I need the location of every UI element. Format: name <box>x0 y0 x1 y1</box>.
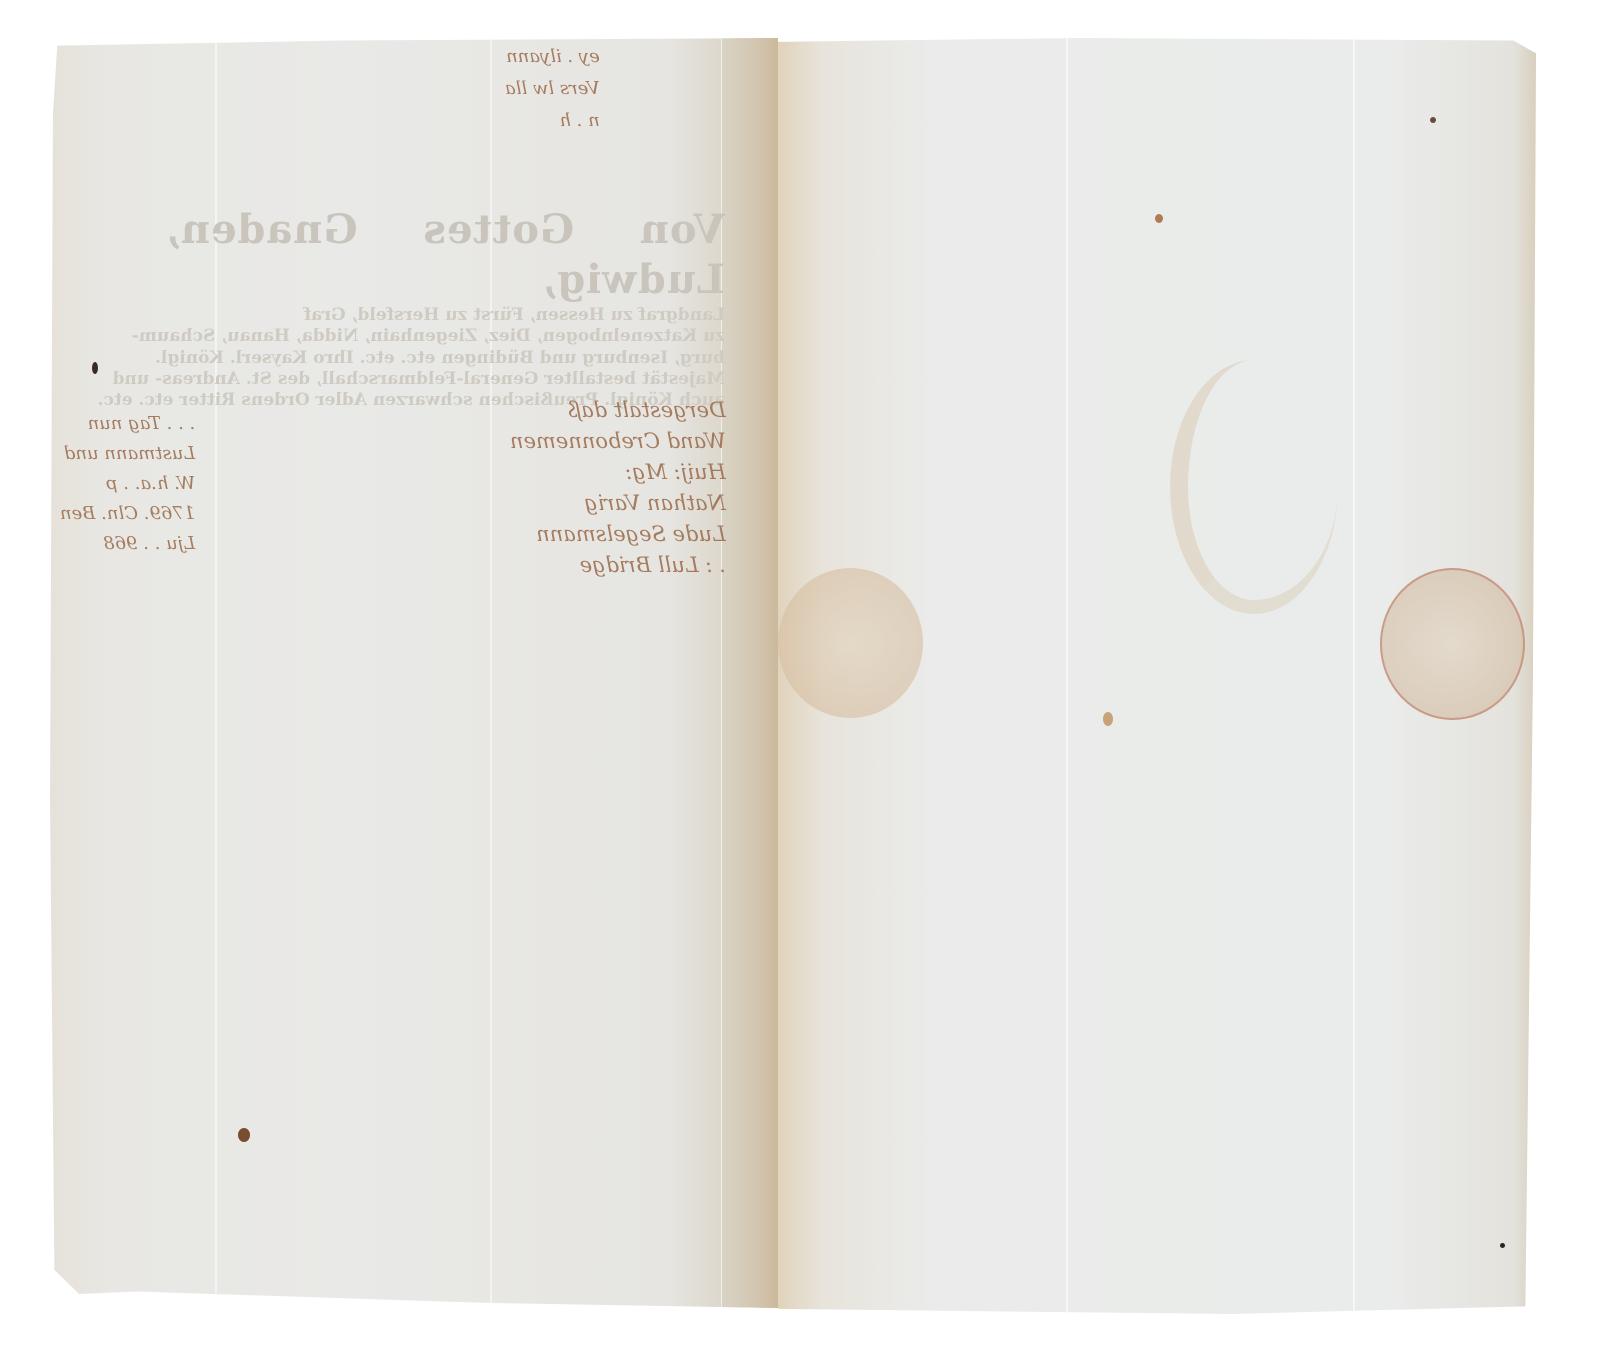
seal-stain-right <box>1380 568 1525 720</box>
heading-line: Landgraf zu Hessen, Fürst zu Hersfeld, G… <box>165 305 725 326</box>
handwriting-line: Lju . . 968 <box>60 535 195 553</box>
heading-line: Majestät bestallter General-Feldmarschal… <box>165 369 725 390</box>
ink-spot <box>1103 712 1113 726</box>
center-fold-flap <box>721 38 778 1308</box>
handwriting-line: Dergestalt daß <box>510 400 726 421</box>
seal-stain-left <box>778 568 923 718</box>
heading-title: Von Gottes Gnaden, Ludwig, <box>165 205 725 305</box>
tide-mark-stain <box>1170 360 1338 614</box>
handwriting-line: W. h.a. . p <box>60 475 195 493</box>
heading-line: zu Katzenelnbogen, Diez, Ziegenhain, Nid… <box>165 326 725 347</box>
heading-line: burg, Isenburg und Büdingen etc. etc. Ih… <box>165 348 725 369</box>
ink-spot <box>1155 214 1163 223</box>
handwriting-line: . : Lull Bridge <box>510 555 726 576</box>
handwriting-main-block: Dergestalt daß Wand Crebonnemen Huij: Mg… <box>510 400 726 586</box>
vertical-fold-line <box>1066 38 1068 1314</box>
handwriting-line: Huij: Mg: <box>510 462 726 483</box>
handwriting-line: ey . ilyann <box>505 48 600 66</box>
ink-spot <box>92 362 98 374</box>
handwriting-line: Lude Segelsmann <box>510 524 726 545</box>
mirrored-printed-heading: Von Gottes Gnaden, Ludwig, Landgraf zu H… <box>165 205 725 411</box>
handwriting-line: n . h <box>505 112 600 130</box>
vertical-fold-line <box>1353 38 1355 1314</box>
ink-spot <box>238 1128 250 1142</box>
handwriting-line: Lustmann und <box>60 445 195 463</box>
handwriting-line: Wand Crebonnemen <box>510 431 726 452</box>
handwriting-line: . . . Tag nun <box>60 415 195 433</box>
ink-spot <box>1500 1243 1505 1248</box>
handwriting-line: 1769. Cln. Ben <box>60 505 195 523</box>
ink-spot <box>1430 117 1436 123</box>
handwriting-line: Vers lw lla <box>505 80 600 98</box>
handwriting-line: Nathan Varig <box>510 493 726 514</box>
handwriting-left-margin: . . . Tag nun Lustmann und W. h.a. . p 1… <box>60 415 195 565</box>
handwriting-top: ey . ilyann Vers lw lla n . h <box>505 48 600 144</box>
